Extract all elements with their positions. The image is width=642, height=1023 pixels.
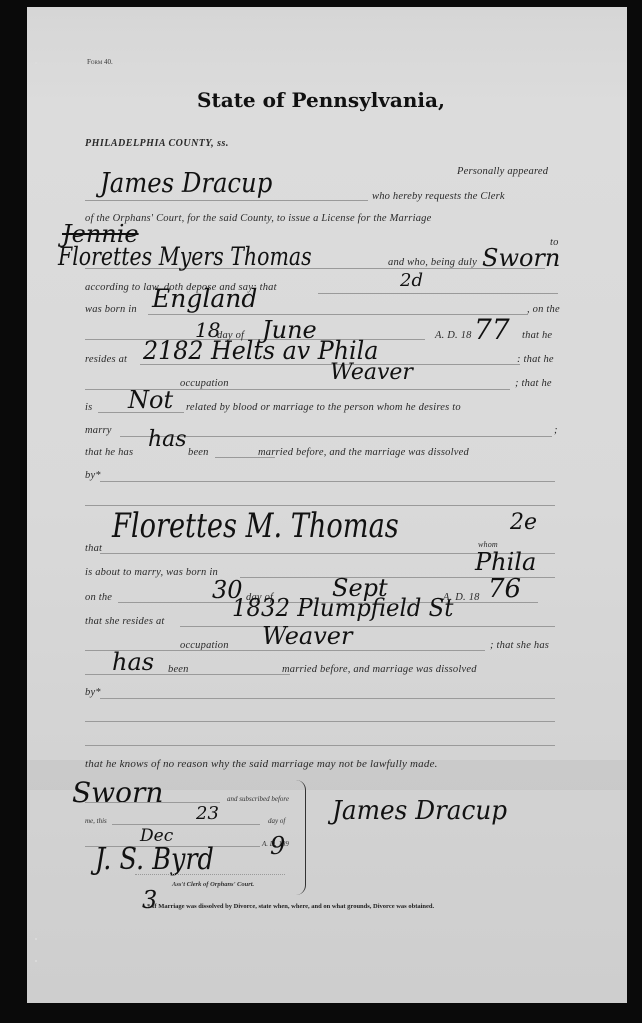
bride-residence-handwritten: 1832 Plumpfield St — [232, 594, 453, 622]
applicant-line — [85, 200, 368, 201]
on-the-bride-text: on the — [85, 592, 112, 603]
groom-birthplace-handwritten: England — [152, 284, 257, 313]
clerk-signature-line — [135, 874, 285, 875]
bride-residence-line — [180, 626, 555, 627]
bride-birthplace-handwritten: Phila — [475, 548, 536, 576]
bride-name-handwritten: Florettes M. Thomas — [112, 506, 399, 546]
jurat-sworn-handwritten: Sworn — [72, 776, 163, 809]
scan-speck — [35, 938, 37, 940]
by-text: by* — [85, 470, 101, 481]
that-he-2-text: : that he — [517, 354, 554, 365]
was-born-in-text: was born in — [85, 304, 137, 315]
groom-occupation-handwritten: Weaver — [330, 360, 413, 385]
married-before-bride-text: married before, and marriage was dissolv… — [282, 664, 477, 675]
is-text: is — [85, 402, 92, 413]
asst-clerk-text: Ass't Clerk of Orphans' Court. — [172, 881, 254, 888]
clerk-signature-handwritten: J. S. Byrd — [95, 842, 214, 877]
groom-birthplace-line — [148, 314, 528, 315]
married-before-handwritten: has — [148, 427, 187, 452]
ad-18-text: A. D. 18 — [435, 330, 472, 341]
marry-text: marry — [85, 425, 112, 436]
jurat-bracket — [295, 780, 306, 895]
been-text: been — [188, 447, 209, 458]
bride-married-before-handwritten: has — [112, 648, 154, 676]
about-to-marry-text: is about to marry, was born in — [85, 567, 218, 578]
footnote-text: * If Marriage was dissolved by Divorce, … — [147, 903, 434, 910]
resides-at-text: resides at — [85, 354, 127, 365]
scan-speck — [35, 960, 37, 962]
being-duly-text: and who, being duly — [388, 257, 477, 268]
related-handwritten: Not — [128, 386, 173, 414]
related-text: related by blood or marriage to the pers… — [186, 402, 461, 413]
that-she-has-text: ; that she has — [490, 640, 549, 651]
on-the-text: , on the — [527, 304, 560, 315]
document-title: State of Pennsylvania, — [0, 88, 642, 112]
scan-speck — [35, 62, 37, 64]
bride-birth-year-handwritten: 76 — [488, 574, 521, 604]
that-he-text: that he — [522, 330, 552, 341]
by-bride-text: by* — [85, 687, 101, 698]
applicant-signature-handwritten: James Dracup — [332, 796, 507, 826]
requests-clerk-text: who hereby requests the Clerk — [372, 191, 505, 202]
applicant-name-handwritten: James Dracup — [100, 168, 272, 199]
jurat-year-handwritten: 9 — [270, 832, 285, 860]
bride-occupation-handwritten: Weaver — [262, 622, 352, 650]
form-number: Form 40. — [87, 58, 113, 66]
no-reason-text: that he knows of no reason why the said … — [85, 758, 438, 770]
by-bride-line — [100, 698, 555, 699]
that-he-3-text: ; that he — [515, 378, 552, 389]
subscribed-before-text: and subscribed before — [227, 795, 289, 803]
occupation-text: occupation — [180, 378, 229, 389]
been-bride-text: been — [168, 664, 189, 675]
according-line — [318, 293, 558, 294]
blank-line-2 — [85, 745, 555, 746]
jurat-day-line — [112, 824, 260, 825]
blank-line-1 — [85, 721, 555, 722]
groom-birth-year-handwritten: 77 — [474, 313, 510, 346]
mark-2d-handwritten: 2d — [400, 270, 423, 291]
semicolon-text: ; — [554, 425, 558, 436]
personally-appeared-text: Personally appeared — [457, 166, 548, 177]
mark-2e-handwritten: 2e — [510, 510, 537, 535]
day-of-jurat-text: day of — [268, 817, 285, 825]
that-he-has-text: that he has — [85, 447, 133, 458]
sworn-handwritten: Sworn — [482, 244, 560, 272]
she-resides-at-text: that she resides at — [85, 616, 165, 627]
me-this-text: me, this — [85, 817, 107, 825]
jurat-day-handwritten: 23 — [196, 803, 219, 824]
married-before-text: married before, and the marriage was dis… — [258, 447, 469, 458]
county-label: PHILADELPHIA COUNTY, ss. — [85, 138, 229, 149]
by-line — [100, 481, 555, 482]
groom-name-handwritten: Florettes Myers Thomas — [58, 242, 312, 271]
